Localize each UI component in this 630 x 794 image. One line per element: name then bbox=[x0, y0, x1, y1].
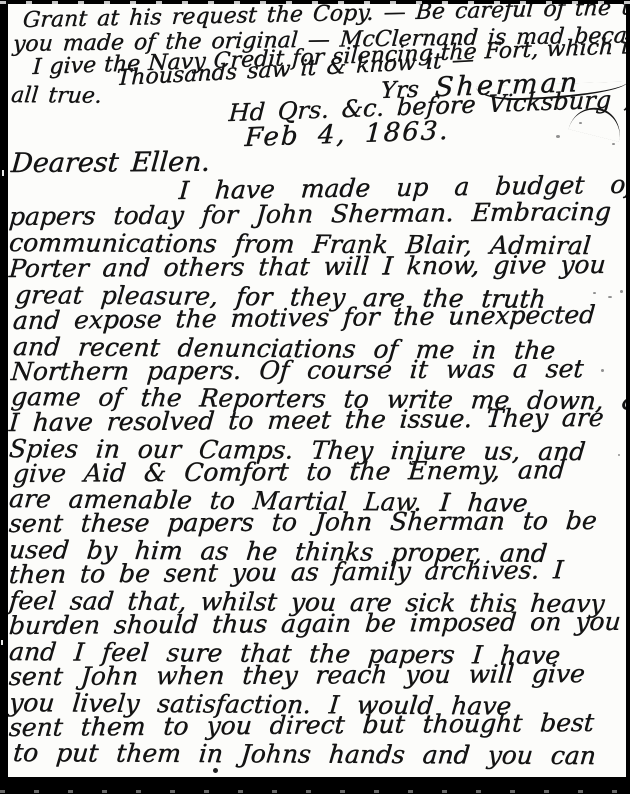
ink-speck bbox=[608, 296, 612, 298]
body-line: Northern papers. Of course it was a set bbox=[10, 356, 584, 384]
body-line: and expose the motives for the unexpecte… bbox=[12, 302, 596, 333]
scanner-tick-marks-bottom bbox=[0, 790, 630, 793]
body-line: burden should thus again be imposed on y… bbox=[8, 609, 622, 638]
ink-speck bbox=[213, 768, 218, 773]
postscript-line: all true. bbox=[10, 85, 103, 108]
ink-speck bbox=[620, 290, 623, 293]
scan-frame: Grant at his request the Copy. — Be care… bbox=[0, 0, 630, 794]
body-line: give Aid & Comfort to the Enemy, and bbox=[12, 457, 566, 486]
heading-date: Feb 4, 1863. bbox=[244, 118, 450, 151]
body-line: papers today for John Sherman. Embracing bbox=[8, 199, 612, 229]
body-line: I have resolved to meet the issue. They … bbox=[8, 405, 605, 435]
ink-speck bbox=[618, 454, 620, 456]
ink-speck bbox=[601, 369, 604, 372]
body-line: then to be sent you as family archives. … bbox=[8, 557, 564, 587]
ink-speck bbox=[556, 135, 560, 138]
ink-speck bbox=[593, 292, 596, 294]
ink-speck bbox=[612, 143, 615, 145]
body-line: sent John when they reach you will give bbox=[8, 661, 586, 689]
salutation: Dearest Ellen. bbox=[10, 149, 211, 177]
scan-edge-speck bbox=[2, 170, 4, 176]
letter-page: Grant at his request the Copy. — Be care… bbox=[8, 4, 626, 777]
ink-speck bbox=[579, 122, 582, 124]
body-line: sent them to you direct but thought best bbox=[8, 710, 595, 740]
ink-speck bbox=[568, 250, 571, 252]
body-line: to put them in Johns hands and you can bbox=[12, 740, 597, 768]
body-line: sent these papers to John Sherman to be bbox=[8, 508, 598, 536]
scan-edge-speck bbox=[1, 640, 3, 645]
body-line: Porter and others that will I know, give… bbox=[8, 252, 607, 281]
